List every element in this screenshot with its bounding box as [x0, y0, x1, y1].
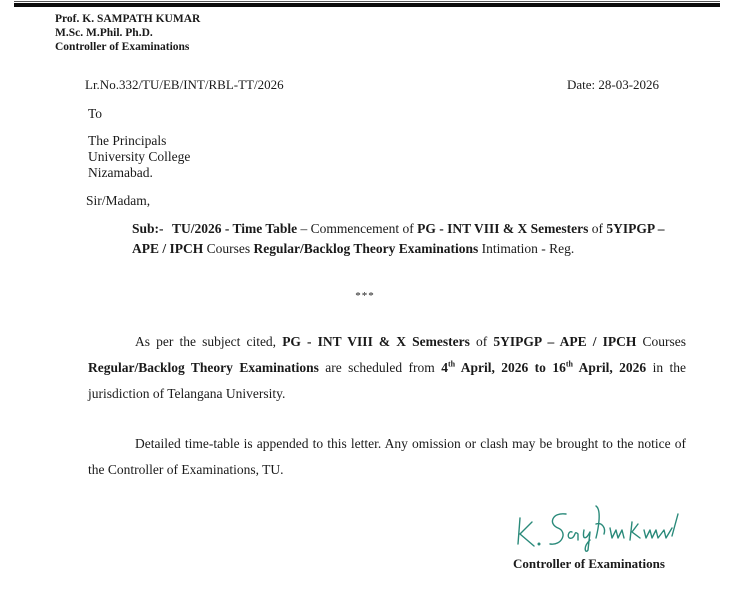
separator: *** — [0, 290, 730, 302]
course-code: 5YIPGP – APE / IPCH — [493, 334, 636, 349]
letter-date: Date: 28-03-2026 — [567, 77, 659, 93]
letter-reference: Lr.No.332/TU/EB/INT/RBL-TT/2026 — [85, 77, 284, 93]
body-paragraph-1: As per the subject cited, PG - INT VIII … — [88, 329, 686, 407]
subject-line: Sub:-TU/2026 - Time Table – Commencement… — [132, 219, 690, 259]
addressee-line: University College — [88, 149, 190, 165]
letterhead-name: Prof. K. SAMPATH KUMAR — [55, 12, 200, 26]
addressee-line: The Principals — [88, 133, 190, 149]
letterhead-designation: Controller of Examinations — [55, 40, 200, 54]
para1-intro: As per the subject cited, — [135, 334, 282, 349]
subject-label: Sub:- — [132, 219, 172, 239]
semesters: PG - INT VIII & X Semesters — [282, 334, 470, 349]
signature-icon — [512, 500, 692, 552]
letterhead-qualifications: M.Sc. M.Phil. Ph.D. — [55, 26, 200, 40]
subject-text: TU/2026 - Time Table – Commencement of P… — [132, 221, 665, 256]
addressee: The Principals University College Nizama… — [88, 133, 190, 181]
para1-courses: Courses — [636, 334, 686, 349]
body-paragraph-2: Detailed time-table is appended to this … — [88, 431, 686, 483]
exam-type: Regular/Backlog Theory Examinations — [88, 360, 319, 375]
para1-of: of — [470, 334, 493, 349]
addressee-line: Nizamabad. — [88, 165, 190, 181]
exam-start-date: 4th April, 2026 to 16th April, 2026 — [441, 360, 646, 375]
header-thin-rule — [14, 1, 720, 2]
header-rule — [14, 3, 720, 7]
salutation: Sir/Madam, — [86, 193, 150, 209]
para1-scheduled: are scheduled from — [319, 360, 441, 375]
letterhead: Prof. K. SAMPATH KUMAR M.Sc. M.Phil. Ph.… — [55, 12, 200, 54]
to-label: To — [88, 106, 102, 122]
signatory-title: Controller of Examinations — [513, 556, 665, 572]
para2-text: Detailed time-table is appended to this … — [88, 436, 686, 477]
